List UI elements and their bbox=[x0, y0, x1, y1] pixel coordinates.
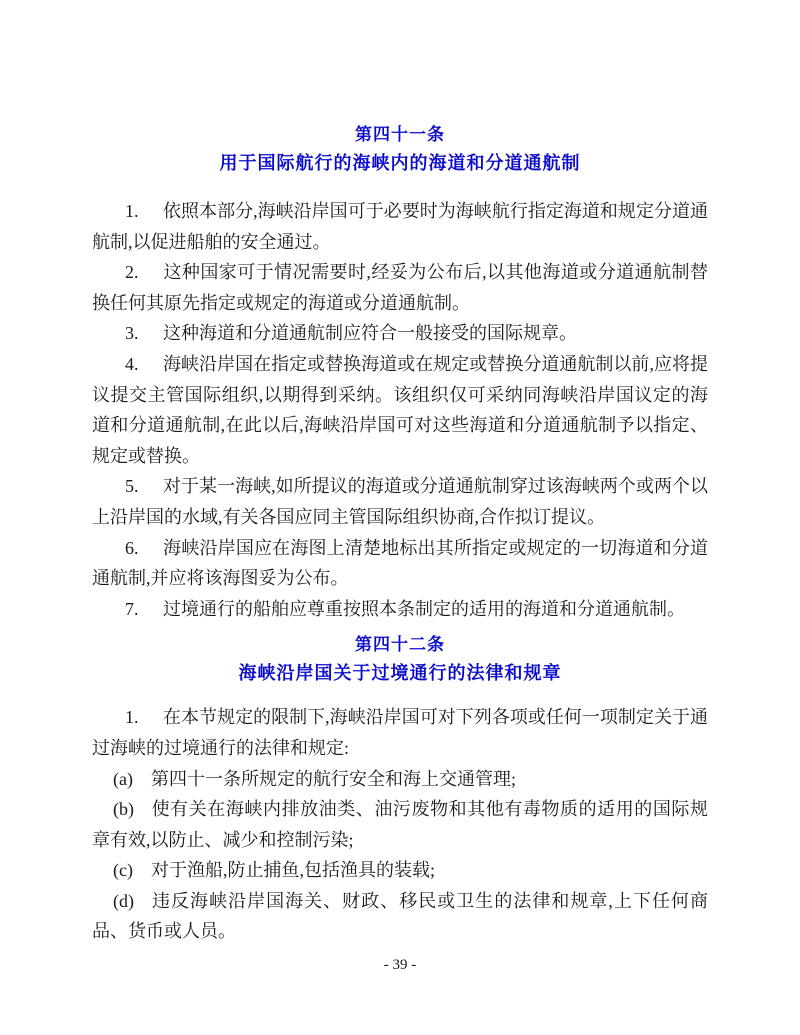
paragraph-41-6: 6.海峡沿岸国应在海图上清楚地标出其所指定或规定的一切海道和分道通航制,并应将该… bbox=[92, 533, 708, 594]
paragraph-41-1: 1.依照本部分,海峡沿岸国可于必要时为海峡航行指定海道和规定分道通航制,以促进船… bbox=[92, 196, 708, 257]
paragraph-42-a: (a)第四十一条所规定的航行安全和海上交通管理; bbox=[92, 764, 708, 795]
paragraph-letter: (b) bbox=[113, 794, 151, 825]
paragraph-41-5: 5.对于某一海峡,如所提议的海道或分道通航制穿过该海峡两个或两个以上沿岸国的水域… bbox=[92, 471, 708, 532]
paragraph-text: 过境通行的船舶应尊重按照本条制定的适用的海道和分道通航制。 bbox=[163, 599, 685, 619]
paragraph-number: 6. bbox=[125, 533, 163, 564]
article-42: 第四十二条 海峡沿岸国关于过境通行的法律和规章 1.在本节规定的限制下,海峡沿岸… bbox=[92, 634, 708, 947]
paragraph-42-1: 1.在本节规定的限制下,海峡沿岸国可对下列各项或任何一项制定关于通过海峡的过境通… bbox=[92, 702, 708, 763]
paragraph-text: 使有关在海峡内排放油类、油污废物和其他有毒物质的适用的国际规章有效,以防止、减少… bbox=[92, 799, 708, 850]
article-41-subtitle: 用于国际航行的海峡内的海道和分道通航制 bbox=[92, 152, 708, 174]
paragraph-text: 对于渔船,防止捕鱼,包括渔具的装载; bbox=[151, 860, 435, 880]
paragraph-letter: (a) bbox=[113, 764, 151, 795]
paragraph-41-7: 7.过境通行的船舶应尊重按照本条制定的适用的海道和分道通航制。 bbox=[92, 594, 708, 625]
paragraph-number: 2. bbox=[125, 257, 163, 288]
paragraph-41-3: 3.这种海道和分道通航制应符合一般接受的国际规章。 bbox=[92, 318, 708, 349]
article-42-subtitle: 海峡沿岸国关于过境通行的法律和规章 bbox=[92, 662, 708, 684]
article-41-title: 第四十一条 bbox=[92, 124, 708, 146]
paragraph-text: 海峡沿岸国应在海图上清楚地标出其所指定或规定的一切海道和分道通航制,并应将该海图… bbox=[92, 538, 708, 589]
paragraph-number: 1. bbox=[125, 702, 163, 733]
document-content: 第四十一条 用于国际航行的海峡内的海道和分道通航制 1.依照本部分,海峡沿岸国可… bbox=[92, 124, 708, 975]
paragraph-number: 3. bbox=[125, 318, 163, 349]
article-41: 第四十一条 用于国际航行的海峡内的海道和分道通航制 1.依照本部分,海峡沿岸国可… bbox=[92, 124, 708, 624]
article-42-paragraphs: 1.在本节规定的限制下,海峡沿岸国可对下列各项或任何一项制定关于通过海峡的过境通… bbox=[92, 702, 708, 947]
paragraph-number: 4. bbox=[125, 349, 163, 380]
paragraph-text: 违反海峡沿岸国海关、财政、移民或卫生的法律和规章,上下任何商品、货币或人员。 bbox=[92, 891, 708, 942]
document-page: 第四十一条 用于国际航行的海峡内的海道和分道通航制 1.依照本部分,海峡沿岸国可… bbox=[0, 0, 800, 1035]
paragraph-41-4: 4.海峡沿岸国在指定或替换海道或在规定或替换分道通航制以前,应将提议提交主管国际… bbox=[92, 349, 708, 471]
paragraph-number: 7. bbox=[125, 594, 163, 625]
paragraph-42-c: (c)对于渔船,防止捕鱼,包括渔具的装载; bbox=[92, 855, 708, 886]
article-41-paragraphs: 1.依照本部分,海峡沿岸国可于必要时为海峡航行指定海道和规定分道通航制,以促进船… bbox=[92, 196, 708, 624]
paragraph-number: 5. bbox=[125, 471, 163, 502]
paragraph-text: 这种海道和分道通航制应符合一般接受的国际规章。 bbox=[163, 323, 577, 343]
paragraph-letter: (c) bbox=[113, 855, 151, 886]
article-42-title: 第四十二条 bbox=[92, 634, 708, 656]
paragraph-text: 对于某一海峡,如所提议的海道或分道通航制穿过该海峡两个或两个以上沿岸国的水域,有… bbox=[92, 476, 708, 527]
paragraph-42-d: (d)违反海峡沿岸国海关、财政、移民或卫生的法律和规章,上下任何商品、货币或人员… bbox=[92, 886, 708, 947]
paragraph-text: 第四十一条所规定的航行安全和海上交通管理; bbox=[151, 769, 516, 789]
paragraph-number: 1. bbox=[125, 196, 163, 227]
paragraph-text: 依照本部分,海峡沿岸国可于必要时为海峡航行指定海道和规定分道通航制,以促进船舶的… bbox=[92, 201, 708, 252]
paragraph-text: 海峡沿岸国在指定或替换海道或在规定或替换分道通航制以前,应将提议提交主管国际组织… bbox=[92, 354, 708, 466]
paragraph-text: 在本节规定的限制下,海峡沿岸国可对下列各项或任何一项制定关于通过海峡的过境通行的… bbox=[92, 707, 708, 758]
paragraph-41-2: 2.这种国家可于情况需要时,经妥为公布后,以其他海道或分道通航制替换任何其原先指… bbox=[92, 257, 708, 318]
page-number: - 39 - bbox=[92, 955, 708, 975]
paragraph-letter: (d) bbox=[113, 886, 151, 917]
paragraph-text: 这种国家可于情况需要时,经妥为公布后,以其他海道或分道通航制替换任何其原先指定或… bbox=[92, 262, 708, 313]
paragraph-42-b: (b)使有关在海峡内排放油类、油污废物和其他有毒物质的适用的国际规章有效,以防止… bbox=[92, 794, 708, 855]
